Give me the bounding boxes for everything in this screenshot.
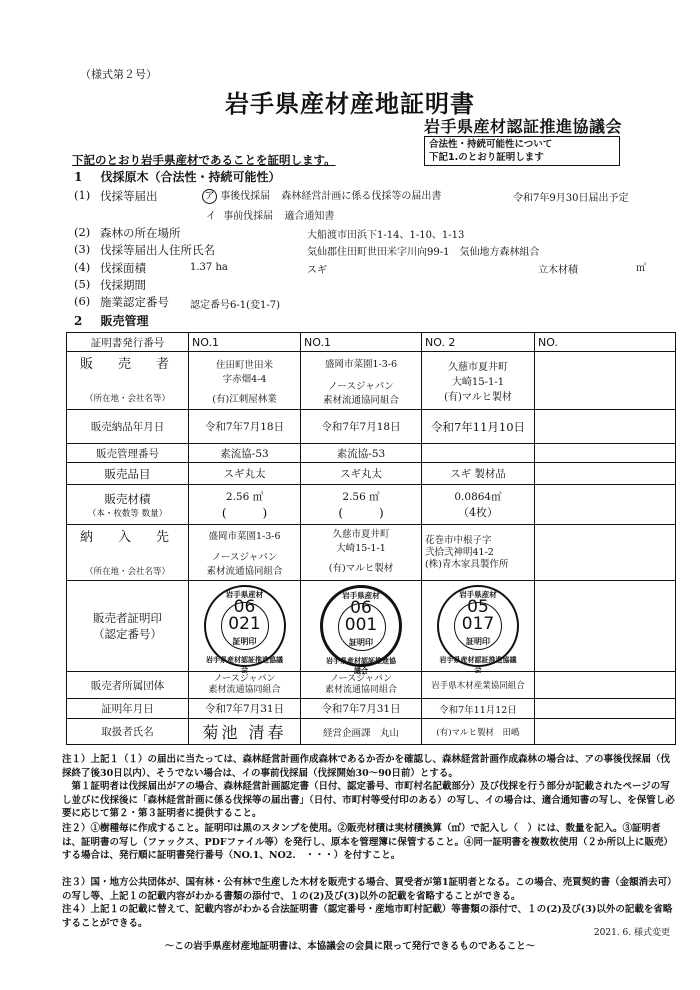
cell-mgmt-number: 素流協-53 [189, 444, 301, 463]
seller-address: 久慈市夏井町 大崎15-1-1 [425, 358, 531, 388]
item-6-num: (6) [74, 294, 90, 308]
label-handler: 取扱者氏名 [67, 719, 189, 745]
cell-volume: 2.56 ㎥ ( ) [189, 485, 301, 525]
stamp-label: 販売者証明印 [70, 610, 185, 626]
cell-item: スギ 製材品 [422, 463, 535, 485]
cell-seller: 久慈市夏井町 大崎15-1-1 (有)マルヒ製材 [422, 352, 535, 410]
label-affiliation: 販売者所属団体 [67, 672, 189, 699]
form-revision-date: 2021. 6. 様式変更 [594, 925, 670, 938]
item-5-num: (5) [74, 277, 90, 291]
stamp-label-text: 証明印 [323, 637, 399, 648]
cell-stamp: 岩手県産材 06 021 証明印 岩手県産材認証推進協議会 [189, 581, 301, 672]
cell-cert-number: NO.1 [189, 333, 301, 352]
seller-name: (有)江刺屋林業 [192, 391, 297, 405]
row-sale-date: 販売納品年月日 令和7年7月18日 令和7年7月18日 令和7年11月10日 [67, 410, 676, 444]
stamp-sublabel: （認定番号） [70, 626, 185, 642]
forest-location: 大船渡市田浜下1-14、1-10、1-13 [307, 226, 464, 241]
cell-handler [535, 719, 676, 745]
seller-address: 住田町世田米 字赤畑4-4 [192, 357, 297, 385]
cell-cert-number: NO. [535, 333, 676, 352]
cell-sale-date [535, 410, 676, 444]
notification-option-a: ア 事後伐採届 森林経営計画に係る伐採等の届出書 [202, 187, 441, 204]
row-seller: 販 売 者 （所在地・会社名等） 住田町世田米 字赤畑4-4 (有)江刺屋林業 … [67, 352, 676, 410]
cell-sale-date: 令和7年11月10日 [422, 410, 535, 444]
item-3-num: (3) [74, 242, 90, 256]
option-b-desc: 適合通知書 [284, 211, 334, 222]
volume-sublabel: （本・枚数等 数量） [70, 507, 185, 519]
option-b-type: 事前伐採届 [223, 211, 273, 222]
item-3-label: 伐採等届出人住所氏名 [100, 242, 215, 258]
row-item: 販売品目 スギ丸太 スギ丸太 スギ 製材品 [67, 463, 676, 485]
standing-volume-label: 立木材積 [538, 261, 578, 276]
delivery-sublabel: （所在地・会社名等） [70, 565, 185, 577]
legality-note-box: 合法性・持続可能性について 下記1.のとおり証明します [424, 136, 620, 166]
tree-species: スギ [307, 261, 327, 276]
delivery-name: (株)青木家具製作所 [425, 559, 531, 571]
cell-mgmt-number: 素流協-53 [301, 444, 422, 463]
cell-cert-date: 令和7年7月31日 [301, 699, 422, 719]
delivery-address: 花巻市中根子字 弐拾弐神明41-2 [425, 535, 531, 559]
harvest-area: 1.37 ha [190, 262, 228, 273]
stamp-label-text: 証明印 [439, 636, 517, 647]
operation-cert-number: 認定番号6-1(変1-7) [190, 296, 280, 311]
label-seller: 販 売 者 （所在地・会社名等） [67, 352, 189, 410]
row-handler: 取扱者氏名 菊池 清春 経営企画課 丸山 (有)マルヒ製材 田嶋 [67, 719, 676, 745]
cell-mgmt-number [535, 444, 676, 463]
sales-management-table: 証明書発行番号 NO.1 NO.1 NO. 2 NO. 販 売 者 （所在地・会… [66, 332, 676, 745]
label-volume: 販売材積 （本・枚数等 数量） [67, 485, 189, 525]
label-sale-date: 販売納品年月日 [67, 410, 189, 444]
label-cert-date: 証明年月日 [67, 699, 189, 719]
item-2-label: 森林の所在場所 [100, 225, 181, 241]
row-mgmt-number: 販売管理番号 素流協-53 素流協-53 [67, 444, 676, 463]
option-a-type: 事後伐採届 [220, 191, 270, 202]
stamp-bottom-text: 岩手県産材認証推進協議会 [439, 655, 517, 675]
item-4-label: 伐採面積 [100, 260, 146, 276]
delivery-name: (有)マルヒ製材 [304, 560, 418, 574]
cell-cert-number: NO. 2 [422, 333, 535, 352]
row-delivery: 納 入 先 （所在地・会社名等） 盛岡市菜園1-3-6 ノースジャパン 素材流通… [67, 525, 676, 581]
cell-stamp: 岩手県産材 06 001 証明印 岩手県産材認証推進協議会 [301, 581, 422, 672]
seller-sublabel: （所在地・会社名等） [70, 392, 185, 404]
item-6-label: 施業認定番号 [100, 294, 169, 310]
label-delivery: 納 入 先 （所在地・会社名等） [67, 525, 189, 581]
cell-handler-signature: 菊池 清春 [189, 719, 301, 745]
stamp-bottom-text: 岩手県産材認証推進協議会 [206, 655, 284, 675]
cell-stamp: 岩手県産材 05 017 証明印 岩手県産材認証推進協議会 [422, 581, 535, 672]
section1-number: 1 [74, 170, 82, 184]
standing-volume-unit: ㎥ [636, 259, 646, 274]
delivery-address: 久慈市夏井町 大崎15-1-1 [304, 526, 418, 554]
stamp-number-2: 021 [206, 616, 284, 633]
delivery-label: 納 入 先 [70, 526, 185, 545]
row-volume: 販売材積 （本・枚数等 数量） 2.56 ㎥ ( ) 2.56 ㎥ ( ) 0.… [67, 485, 676, 525]
cell-cert-date [535, 699, 676, 719]
volume-quantity: ( ) [192, 504, 297, 521]
stamp-label-text: 証明印 [206, 636, 284, 647]
item-5-label: 伐採期間 [100, 277, 146, 293]
stamp-number-2: 017 [439, 616, 517, 633]
row-cert-date: 証明年月日 令和7年7月31日 令和7年7月31日 令和7年11月12日 [67, 699, 676, 719]
cell-delivery: 花巻市中根子字 弐拾弐神明41-2 (株)青木家具製作所 [422, 525, 535, 581]
cell-affiliation: 岩手県木材産業協同組合 [422, 672, 535, 699]
cell-volume: 0.0864㎥ （4枚） [422, 485, 535, 525]
note-2: 注２）①樹種毎に作成すること。証明印は黒のスタンプを使用。②販売材積は実材積換算… [62, 822, 676, 863]
certification-stamp: 岩手県産材 06 021 証明印 岩手県産材認証推進協議会 [204, 585, 286, 667]
notifier-address-name: 気仙郡住田町世田米字川向99-1 気仙地方森林組合 [307, 243, 539, 258]
note-1-continued: 第１証明者は伐採届出がアの場合、森林経営計画認定書（日付、認定番号、市町村名記載… [62, 780, 676, 821]
option-b-mark: イ [206, 211, 216, 222]
section2-heading: 2 販売管理 [74, 312, 149, 329]
item-2-num: (2) [74, 225, 90, 239]
cell-cert-date: 令和7年11月12日 [422, 699, 535, 719]
cell-affiliation: ノースジャパン 素材流通協同組合 [189, 672, 301, 699]
selected-option-circle: ア [202, 189, 217, 204]
section1-heading: 1 伐採原木（合法性・持続可能性） [74, 168, 281, 185]
cell-stamp [535, 581, 676, 672]
issuing-organization: 岩手県産材認証推進協議会 [424, 114, 622, 137]
volume-value: 2.56 ㎥ [304, 489, 418, 504]
note-1: 注１）上記１（１）の届出に当たっては、森林経営計画作成森林であるか否かを確認し、… [62, 753, 676, 780]
cell-affiliation [535, 672, 676, 699]
row-cert-number: 証明書発行番号 NO.1 NO.1 NO. 2 NO. [67, 333, 676, 352]
label-cert-number: 証明書発行番号 [67, 333, 189, 352]
cell-volume: 2.56 ㎥ ( ) [301, 485, 422, 525]
notification-option-b: イ 事前伐採届 適合通知書 [206, 207, 334, 222]
cell-volume [535, 485, 676, 525]
certify-statement: 下記のとおり岩手県産材であることを証明します。 [72, 152, 336, 168]
stamp-number-2: 001 [323, 617, 399, 634]
cell-mgmt-number [422, 444, 535, 463]
section1-title: 伐採原木（合法性・持続可能性） [101, 170, 281, 184]
cell-cert-date: 令和7年7月31日 [189, 699, 301, 719]
legality-note-line2: 下記1.のとおり証明します [429, 151, 615, 164]
cell-handler: 経営企画課 丸山 [301, 719, 422, 745]
note-3: 注３）国・地方公共団体が、国有林・公有林で生産した木材を販売する場合、買受者が第… [62, 876, 676, 903]
cell-item: スギ丸太 [301, 463, 422, 485]
delivery-name: ノースジャパン 素材流通協同組合 [192, 549, 297, 577]
form-number: （様式第２号） [80, 66, 157, 82]
item-4-num: (4) [74, 260, 90, 274]
volume-quantity: （4枚） [425, 504, 531, 520]
seller-address: 盛岡市菜園1-3-6 [304, 356, 418, 370]
delivery-address: 盛岡市菜園1-3-6 [192, 528, 297, 542]
volume-value: 2.56 ㎥ [192, 489, 297, 504]
label-item: 販売品目 [67, 463, 189, 485]
cell-seller: 盛岡市菜園1-3-6 ノースジャパン 素材流通協同組合 [301, 352, 422, 410]
cell-delivery: 盛岡市菜園1-3-6 ノースジャパン 素材流通協同組合 [189, 525, 301, 581]
cell-seller: 住田町世田米 字赤畑4-4 (有)江刺屋林業 [189, 352, 301, 410]
volume-value: 0.0864㎥ [425, 489, 531, 504]
seller-label: 販 売 者 [70, 353, 185, 372]
seller-name: ノースジャパン 素材流通協同組合 [304, 378, 418, 406]
option-a-date: 令和7年9月30日届出予定 [513, 189, 628, 204]
section2-title: 販売管理 [101, 314, 149, 328]
note-4: 注４）上記１の記載に替えて、記載内容がわかる合法証明書（認定番号・産地市町村記載… [62, 903, 676, 930]
cell-delivery: 久慈市夏井町 大崎15-1-1 (有)マルヒ製材 [301, 525, 422, 581]
membership-statement: ～この岩手県産材産地証明書は、本協議会の会員に限って発行できるものであること～ [0, 938, 700, 952]
section2-number: 2 [74, 314, 82, 328]
cell-sale-date: 令和7年7月18日 [189, 410, 301, 444]
cell-cert-number: NO.1 [301, 333, 422, 352]
cell-item: スギ丸太 [189, 463, 301, 485]
certification-stamp: 岩手県産材 06 001 証明印 岩手県産材認証推進協議会 [320, 585, 402, 667]
item-1-num: (1) [74, 188, 90, 202]
cell-handler: (有)マルヒ製材 田嶋 [422, 719, 535, 745]
cell-seller [535, 352, 676, 410]
seller-name: (有)マルヒ製材 [425, 388, 531, 403]
stamp-bottom-text: 岩手県産材認証推進協議会 [323, 656, 399, 676]
volume-quantity: ( ) [304, 504, 418, 521]
item-1-label: 伐採等届出 [100, 188, 158, 204]
option-a-desc: 森林経営計画に係る伐採等の届出書 [281, 191, 441, 202]
label-stamp: 販売者証明印 （認定番号） [67, 581, 189, 672]
cell-delivery [535, 525, 676, 581]
label-mgmt-number: 販売管理番号 [67, 444, 189, 463]
cell-item [535, 463, 676, 485]
volume-label: 販売材積 [70, 491, 185, 507]
row-stamp: 販売者証明印 （認定番号） 岩手県産材 06 021 証明印 岩手県産材認証推進… [67, 581, 676, 672]
certification-stamp: 岩手県産材 05 017 証明印 岩手県産材認証推進協議会 [437, 585, 519, 667]
cell-sale-date: 令和7年7月18日 [301, 410, 422, 444]
legality-note-line1: 合法性・持続可能性について [429, 138, 615, 151]
